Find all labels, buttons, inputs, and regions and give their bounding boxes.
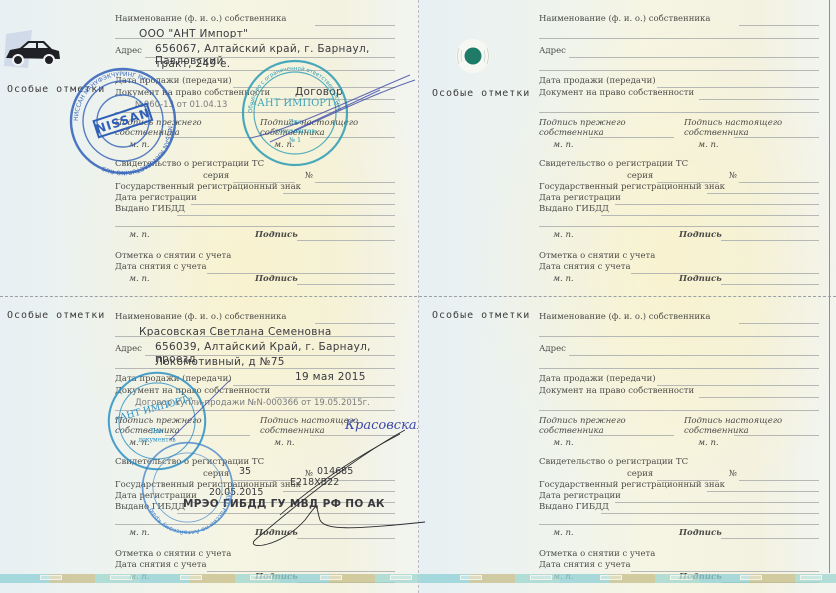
sale-date-label: Дата продажи (передачи) [539,76,656,86]
reg-number-value[interactable]: 014685 [317,466,353,477]
car-icon [2,28,62,72]
deregistration-label: Отметка о снятии с учета [115,251,231,261]
ownership-doc-label: Документ на право собственности [539,88,694,98]
address-row: Адрес [539,344,819,354]
ownership-doc-label: Документ на право собственности [539,386,694,396]
sale-date-row: Дата продажи (передачи) [539,76,819,86]
ownership-doc-row: Документ на право собственности [539,88,819,98]
owner-name-label: Наименование (ф. и. о.) собственника [115,14,286,24]
curr-owner-sign-row: Подпись настоящего собственника [260,118,395,138]
deregistration-row: Отметка о снятии с учета [115,549,395,559]
address-row: Адрес [539,46,819,56]
number-label: № [729,171,737,181]
ownership-doc-line1-value[interactable]: Договор [295,86,343,98]
dereg-date-row: Дата снятия с учета [539,262,819,272]
signature-label: Подпись [679,230,819,240]
issued-by-row: Выдано ГИБДД [115,204,395,214]
owner-name-label: Наименование (ф. и. о.) собственника [539,312,710,322]
ownership-doc-row: Документ на право собственности [115,386,395,396]
sale-date-value[interactable]: 19 мая 2015 [295,371,366,383]
plate-label: Государственный регистрационный знак [115,182,301,192]
deregistration-row: Отметка о снятии с учета [115,251,395,261]
reg-series-value[interactable]: 35 [239,466,251,477]
series-label: серия [203,469,229,479]
reg-certificate-row: Свидетельство о регистрации ТС [539,159,819,169]
sale-date-row: Дата продажи (передачи) [115,76,395,86]
sale-date-row: Дата продажи (передачи) [539,374,819,384]
reg-date-row: Дата регистрации [539,193,819,203]
signature-label: Подпись [679,528,819,538]
plate-value[interactable]: Е218ХВ22 [290,477,339,488]
dereg-date-row: Дата снятия с учета [115,560,395,570]
address-label: Адрес [539,46,566,56]
reg-date-row: Дата регистрации [115,193,395,203]
reg-date-label: Дата регистрации [115,193,197,203]
ownership-doc-line2-value[interactable]: №060-13 от 01.04.13 [135,100,227,110]
plate-row: Государственный регистрационный знак [115,182,395,192]
issued-by-row: Выдано ГИБДД [539,204,819,214]
owner-record-top-left: Особые отметки Наименование (ф. и. о.) с… [0,0,418,290]
curr-owner-sign-row: Подпись настоящего собственника [684,118,819,138]
ownership-doc-row: Документ на право собственности [115,88,395,98]
dereg-signature-label: Подпись [255,274,395,284]
dereg-date-label: Дата снятия с учета [115,560,207,570]
owner-name-row: Наименование (ф. и. о.) собственника [539,14,819,24]
reg-certificate-label: Свидетельство о регистрации ТС [539,159,688,169]
curr-owner-signature: Красовская [345,418,425,433]
mp-right: м. п. [274,438,395,448]
special-marks-label: Особые отметки [432,310,530,321]
address-label: Адрес [115,344,142,354]
series-label: серия [203,171,229,181]
seal-dot-icon [455,38,491,74]
owner-name-row: Наименование (ф. и. о.) собственника [115,14,395,24]
plate-row: Государственный регистрационный знак [539,182,819,192]
mp-right: м. п. [698,140,819,150]
ownership-doc-line2-value[interactable]: Договор купли-продажи №N-000366 от 19.05… [135,398,370,408]
reg-certificate-label: Свидетельство о регистрации ТС [115,159,264,169]
owner-record-bottom-right: Особые отметки Наименование (ф. и. о.) с… [419,300,836,590]
plate-label: Государственный регистрационный знак [539,480,725,490]
security-ribbon [0,574,836,583]
reg-certificate-row: Свидетельство о регистрации ТС [115,159,395,169]
plate-label: Государственный регистрационный знак [539,182,725,192]
number-label: № [729,469,737,479]
dereg-date-label: Дата снятия с учета [539,262,631,272]
mp-right: м. п. [698,438,819,448]
issued-by-label: Выдано ГИБДД [539,502,609,512]
reg-certificate-label: Свидетельство о регистрации ТС [539,457,688,467]
number-label: № [305,171,313,181]
plate-row: Государственный регистрационный знак [539,480,819,490]
owner-name-label: Наименование (ф. и. о.) собственника [115,312,286,322]
sale-date-label: Дата продажи (передачи) [539,374,656,384]
special-marks-label: Особые отметки [7,84,105,95]
ownership-doc-row: Документ на право собственности [539,386,819,396]
owner-name-row: Наименование (ф. и. о.) собственника [539,312,819,322]
deregistration-row: Отметка о снятии с учета [539,549,819,559]
special-marks-label: Особые отметки [432,88,530,99]
owner-name-row: Наименование (ф. и. о.) собственника [115,312,395,322]
deregistration-label: Отметка о снятии с учета [539,251,655,261]
deregistration-label: Отметка о снятии с учета [539,549,655,559]
address-label: Адрес [539,344,566,354]
sale-date-label: Дата продажи (передачи) [115,374,232,384]
sale-date-label: Дата продажи (передачи) [115,76,232,86]
issued-by-label: Выдано ГИБДД [539,204,609,214]
address-line2-value[interactable]: тракт, 249 е. [155,58,230,70]
reg-certificate-row: Свидетельство о регистрации ТС [539,457,819,467]
signature-label: Подпись [255,528,395,538]
address-line2-value[interactable]: Локомотивный, д №75 [155,356,285,368]
curr-owner-sign-row: Подпись настоящего собственника [684,416,819,436]
dereg-date-label: Дата снятия с учета [115,262,207,272]
special-marks-label: Особые отметки [7,310,105,321]
mp-right: м. п. [274,140,395,150]
signature-label: Подпись [255,230,395,240]
plate-label: Государственный регистрационный знак [115,480,301,490]
dereg-signature-label: Подпись [679,274,819,284]
ownership-doc-label: Документ на право собственности [115,386,270,396]
reg-date-label: Дата регистрации [539,491,621,501]
address-label: Адрес [115,46,142,56]
series-label: серия [627,171,653,181]
owner-name-label: Наименование (ф. и. о.) собственника [539,14,710,24]
issued-by-row: Выдано ГИБДД [539,502,819,512]
deregistration-row: Отметка о снятии с учета [539,251,819,261]
series-label: серия [627,469,653,479]
ownership-doc-label: Документ на право собственности [115,88,270,98]
fold-line [0,296,836,297]
reg-date-row: Дата регистрации [539,491,819,501]
deregistration-label: Отметка о снятии с учета [115,549,231,559]
issued-by-label: Выдано ГИБДД [115,204,185,214]
reg-date-label: Дата регистрации [539,193,621,203]
reg-date-value[interactable]: 20.05.2015 [209,487,263,498]
dereg-date-row: Дата снятия с учета [539,560,819,570]
owner-record-bottom-left: Особые отметки Наименование (ф. и. о.) с… [0,300,418,590]
issued-by-value[interactable]: МРЭО ГИБДД ГУ МВД РФ ПО АК [183,498,385,510]
dereg-date-row: Дата снятия с учета [115,262,395,272]
dereg-date-label: Дата снятия с учета [539,560,631,570]
issued-by-label: Выдано ГИБДД [115,502,185,512]
